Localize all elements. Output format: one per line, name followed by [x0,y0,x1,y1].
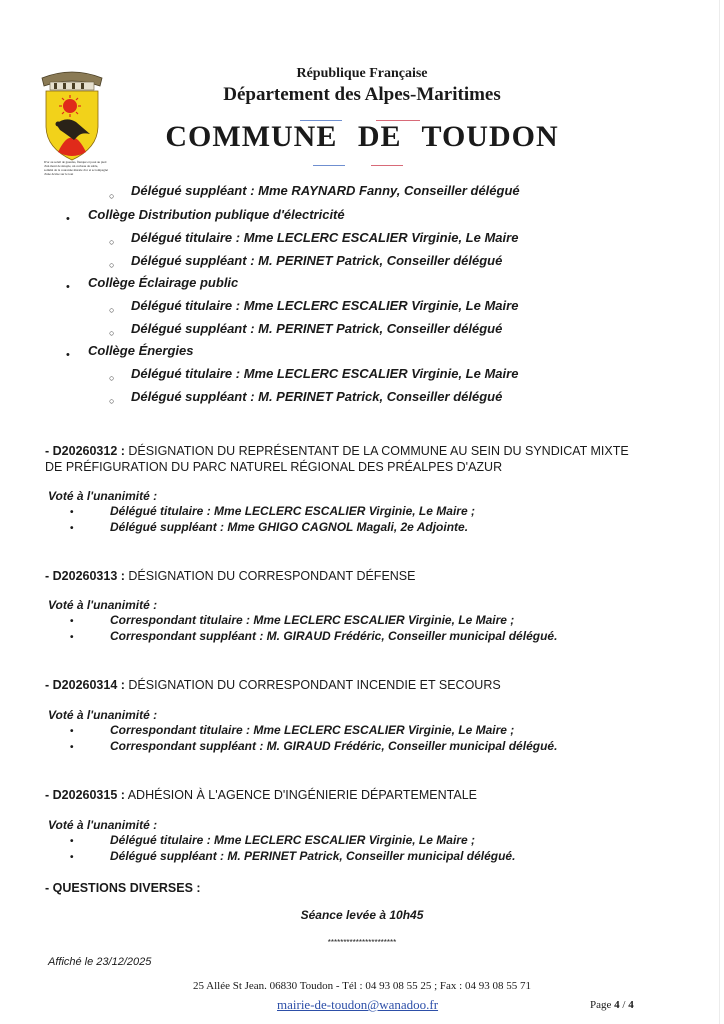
vote-label: Voté à l'unanimité : [48,818,157,832]
dot-bullet-icon: • [66,349,70,361]
vote-label: Voté à l'unanimité : [48,598,157,612]
dot-bullet-icon: • [66,281,70,293]
ring-bullet-icon: ○ [109,237,114,247]
ring-bullet-icon: ○ [109,328,114,338]
vote-item-text: Correspondant titulaire : Mme LECLERC ES… [110,613,514,627]
page-label: Page [590,999,611,1011]
republic-heading: République Française [0,66,724,82]
decision-code: - D20260312 : [45,444,125,458]
seance-closure: Séance levée à 10h45 [0,908,724,922]
document-page: D'or au soleil de gueules, flanqué et po… [0,0,724,1024]
vote-item: •Correspondant titulaire : Mme LECLERC E… [70,613,514,627]
vote-item-text: Correspondant suppléant : M. GIRAUD Fréd… [110,629,557,643]
dot-bullet-icon: • [66,213,70,225]
flag-line-red-bottom [371,165,403,166]
vote-item: •Correspondant suppléant : M. GIRAUD Fré… [70,629,557,643]
decision-title-cont: DE PRÉFIGURATION DU PARC NATUREL RÉGIONA… [45,459,629,475]
dot-bullet-icon: • [70,616,110,627]
ring-bullet-icon: ○ [109,191,114,201]
decision-d20260315: - D20260315 : ADHÉSION À L'AGENCE D'INGÉ… [45,787,477,803]
vote-item-text: Délégué titulaire : Mme LECLERC ESCALIER… [110,833,475,847]
vote-item-text: Correspondant suppléant : M. GIRAUD Fréd… [110,739,557,753]
decision-d20260313: - D20260313 : DÉSIGNATION DU CORRESPONDA… [45,568,415,584]
vote-item: •Délégué suppléant : M. PERINET Patrick,… [70,849,515,863]
separator: ********************** [0,938,724,947]
list-item: Délégué titulaire : Mme LECLERC ESCALIER… [131,298,518,313]
dot-bullet-icon: • [70,836,110,847]
vote-item-text: Délégué suppléant : Mme GHIGO CAGNOL Mag… [110,520,468,534]
decision-code: - D20260315 : [45,788,125,802]
dot-bullet-icon: • [70,507,110,518]
vote-label: Voté à l'unanimité : [48,708,157,722]
decision-title: DÉSIGNATION DU CORRESPONDANT DÉFENSE [128,569,415,583]
list-item: Délégué suppléant : M. PERINET Patrick, … [131,253,502,268]
posted-date: Affiché le 23/12/2025 [48,956,151,968]
college-item: Collège Éclairage public [88,275,238,290]
vote-item: •Correspondant titulaire : Mme LECLERC E… [70,723,514,737]
list-item: Délégué suppléant : M. PERINET Patrick, … [131,321,502,336]
decision-title: DÉSIGNATION DU REPRÉSENTANT DE LA COMMUN… [128,444,628,458]
vote-item: •Délégué suppléant : Mme GHIGO CAGNOL Ma… [70,520,468,534]
commune-heading: COMMUNE DE TOUDON [0,120,724,154]
decision-code: - D20260313 : [45,569,125,583]
vote-label: Voté à l'unanimité : [48,489,157,503]
decision-title: DÉSIGNATION DU CORRESPONDANT INCENDIE ET… [128,678,500,692]
footer-email-link[interactable]: mairie-de-toudon@wanadoo.fr [277,997,438,1013]
page-number: Page 4 / 4 [590,999,634,1011]
list-item: Délégué suppléant : Mme RAYNARD Fanny, C… [131,183,520,198]
ring-bullet-icon: ○ [109,396,114,406]
list-item: Délégué titulaire : Mme LECLERC ESCALIER… [131,366,518,381]
ring-bullet-icon: ○ [109,260,114,270]
decision-code: - D20260314 : [45,678,125,692]
vote-item-text: Délégué suppléant : M. PERINET Patrick, … [110,849,515,863]
vote-item: •Correspondant suppléant : M. GIRAUD Fré… [70,739,557,753]
dot-bullet-icon: • [70,852,110,863]
dot-bullet-icon: • [70,523,110,534]
college-item: Collège Énergies [88,343,193,358]
college-item: Collège Distribution publique d'électric… [88,207,345,222]
page-total: 4 [628,999,634,1011]
list-item: Délégué suppléant : M. PERINET Patrick, … [131,389,502,404]
decision-title: ADHÉSION À L'AGENCE D'INGÉNIERIE DÉPARTE… [128,788,477,802]
questions-diverses: - QUESTIONS DIVERSES : [45,880,201,896]
questions-label: - QUESTIONS DIVERSES : [45,881,201,895]
ring-bullet-icon: ○ [109,305,114,315]
dot-bullet-icon: • [70,742,110,753]
flag-line-blue-bottom [313,165,345,166]
department-heading: Département des Alpes-Maritimes [0,84,724,106]
crest-caption: D'or au soleil de gueules, flanqué et po… [44,160,108,176]
footer-address: 25 Allée St Jean. 06830 Toudon - Tél : 0… [0,980,724,992]
decision-d20260314: - D20260314 : DÉSIGNATION DU CORRESPONDA… [45,677,501,693]
dot-bullet-icon: • [70,726,110,737]
vote-item-text: Délégué titulaire : Mme LECLERC ESCALIER… [110,504,475,518]
decision-d20260312: - D20260312 : DÉSIGNATION DU REPRÉSENTAN… [45,443,629,475]
vote-item: •Délégué titulaire : Mme LECLERC ESCALIE… [70,833,475,847]
vote-item-text: Correspondant titulaire : Mme LECLERC ES… [110,723,514,737]
vote-item: •Délégué titulaire : Mme LECLERC ESCALIE… [70,504,475,518]
ring-bullet-icon: ○ [109,373,114,383]
list-item: Délégué titulaire : Mme LECLERC ESCALIER… [131,230,518,245]
dot-bullet-icon: • [70,632,110,643]
page-sep: / [620,999,629,1011]
